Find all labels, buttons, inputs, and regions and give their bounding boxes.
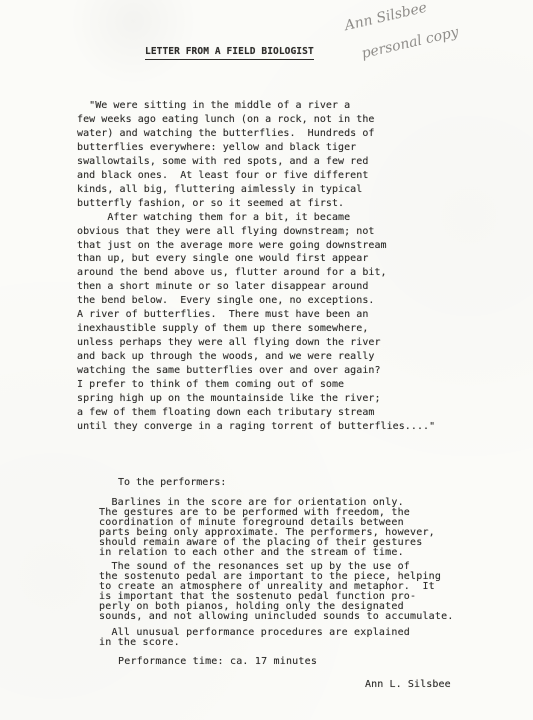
field-biologist-quote: "We were sitting in the middle of a rive… bbox=[77, 99, 435, 434]
performance-time: Performance time: ca. 17 minutes bbox=[118, 656, 317, 667]
handwritten-note-name: Ann Silsbee bbox=[343, 0, 428, 34]
author-signature: Ann L. Silsbee bbox=[365, 679, 451, 690]
handwritten-note: Ann Silsbee personal copy bbox=[322, 0, 468, 102]
performers-paragraph-barlines: Barlines in the score are for orientatio… bbox=[99, 498, 435, 557]
handwritten-note-label: personal copy bbox=[360, 24, 460, 63]
scanned-page: LETTER FROM A FIELD BIOLOGIST Ann Silsbe… bbox=[0, 0, 533, 720]
performers-heading: To the performers: bbox=[118, 477, 226, 488]
performers-paragraph-procedures: All unusual performance procedures are e… bbox=[99, 628, 410, 648]
performers-paragraph-sostenuto: The sound of the resonances set up by th… bbox=[99, 562, 454, 621]
page-title: LETTER FROM A FIELD BIOLOGIST bbox=[145, 46, 314, 60]
